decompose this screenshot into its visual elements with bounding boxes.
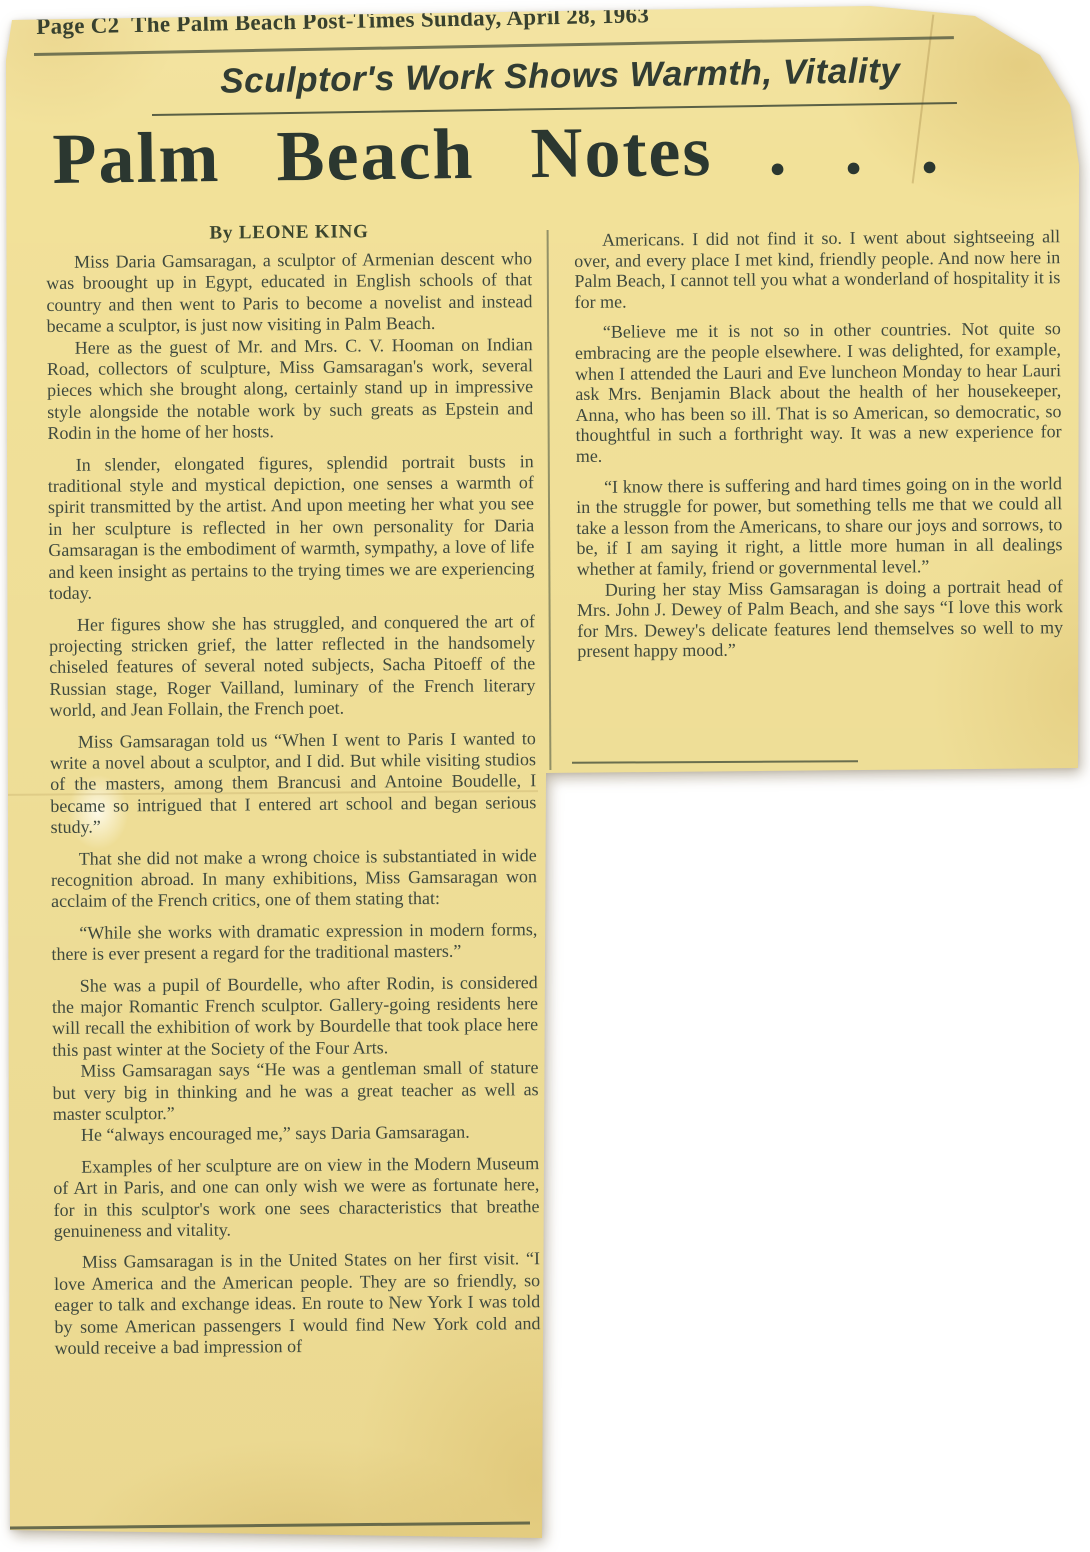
masthead-folio-line: Page C2 The Palm Beach Post-Times Sunday… bbox=[36, 2, 676, 40]
newspaper-clipping: Page C2 The Palm Beach Post-Times Sunday… bbox=[0, 0, 1090, 1552]
clipping-paper: Page C2 The Palm Beach Post-Times Sunday… bbox=[0, 0, 1090, 1552]
article-paragraph: That she did not make a wrong choice is … bbox=[51, 845, 537, 913]
column-divider-rule bbox=[547, 230, 552, 770]
article-paragraph: Here as the guest of Mr. and Mrs. C. V. … bbox=[47, 334, 534, 445]
article-paragraph: She was a pupil of Bourdelle, who after … bbox=[52, 972, 539, 1061]
article-paragraph: Her figures show she has struggled, and … bbox=[49, 611, 536, 722]
article-paragraph: Miss Gamsaragan says “He was a gentleman… bbox=[52, 1057, 538, 1125]
article-paragraph: In slender, elongated figures, splendid … bbox=[48, 451, 535, 605]
article-paragraph: Miss Daria Gamsaragan, a sculptor of Arm… bbox=[46, 248, 533, 337]
article-left-column: Miss Daria Gamsaragan, a sculptor of Arm… bbox=[46, 248, 542, 1528]
article-paragraph: “Believe me it is not so in other countr… bbox=[575, 319, 1062, 467]
byline: By LEONE KING bbox=[46, 220, 532, 246]
article-paragraph: “I know there is suffering and hard time… bbox=[576, 473, 1063, 580]
scanned-newspaper-page: Page C2 The Palm Beach Post-Times Sunday… bbox=[0, 0, 1090, 1552]
kicker-headline: Sculptor's Work Shows Warmth, Vitality bbox=[140, 50, 981, 103]
article-paragraph: “While she works with dramatic expressio… bbox=[51, 919, 537, 966]
article-paragraph: Examples of her sculpture are on view in… bbox=[53, 1153, 540, 1242]
article-paragraph: Miss Gamsaragan is in the United States … bbox=[54, 1249, 541, 1360]
article-paragraph: Miss Gamsaragan told us “When I went to … bbox=[50, 728, 537, 839]
article-paragraph: During her stay Miss Gamsaragan is doing… bbox=[577, 576, 1064, 662]
article-paragraph: Americans. I did not find it so. I went … bbox=[574, 226, 1061, 312]
article-paragraph: He “always encouraged me,” says Daria Ga… bbox=[53, 1122, 539, 1147]
article-right-column: Americans. I did not find it so. I went … bbox=[574, 226, 1064, 768]
page-title: Palm Beach Notes . . . bbox=[52, 105, 1088, 201]
